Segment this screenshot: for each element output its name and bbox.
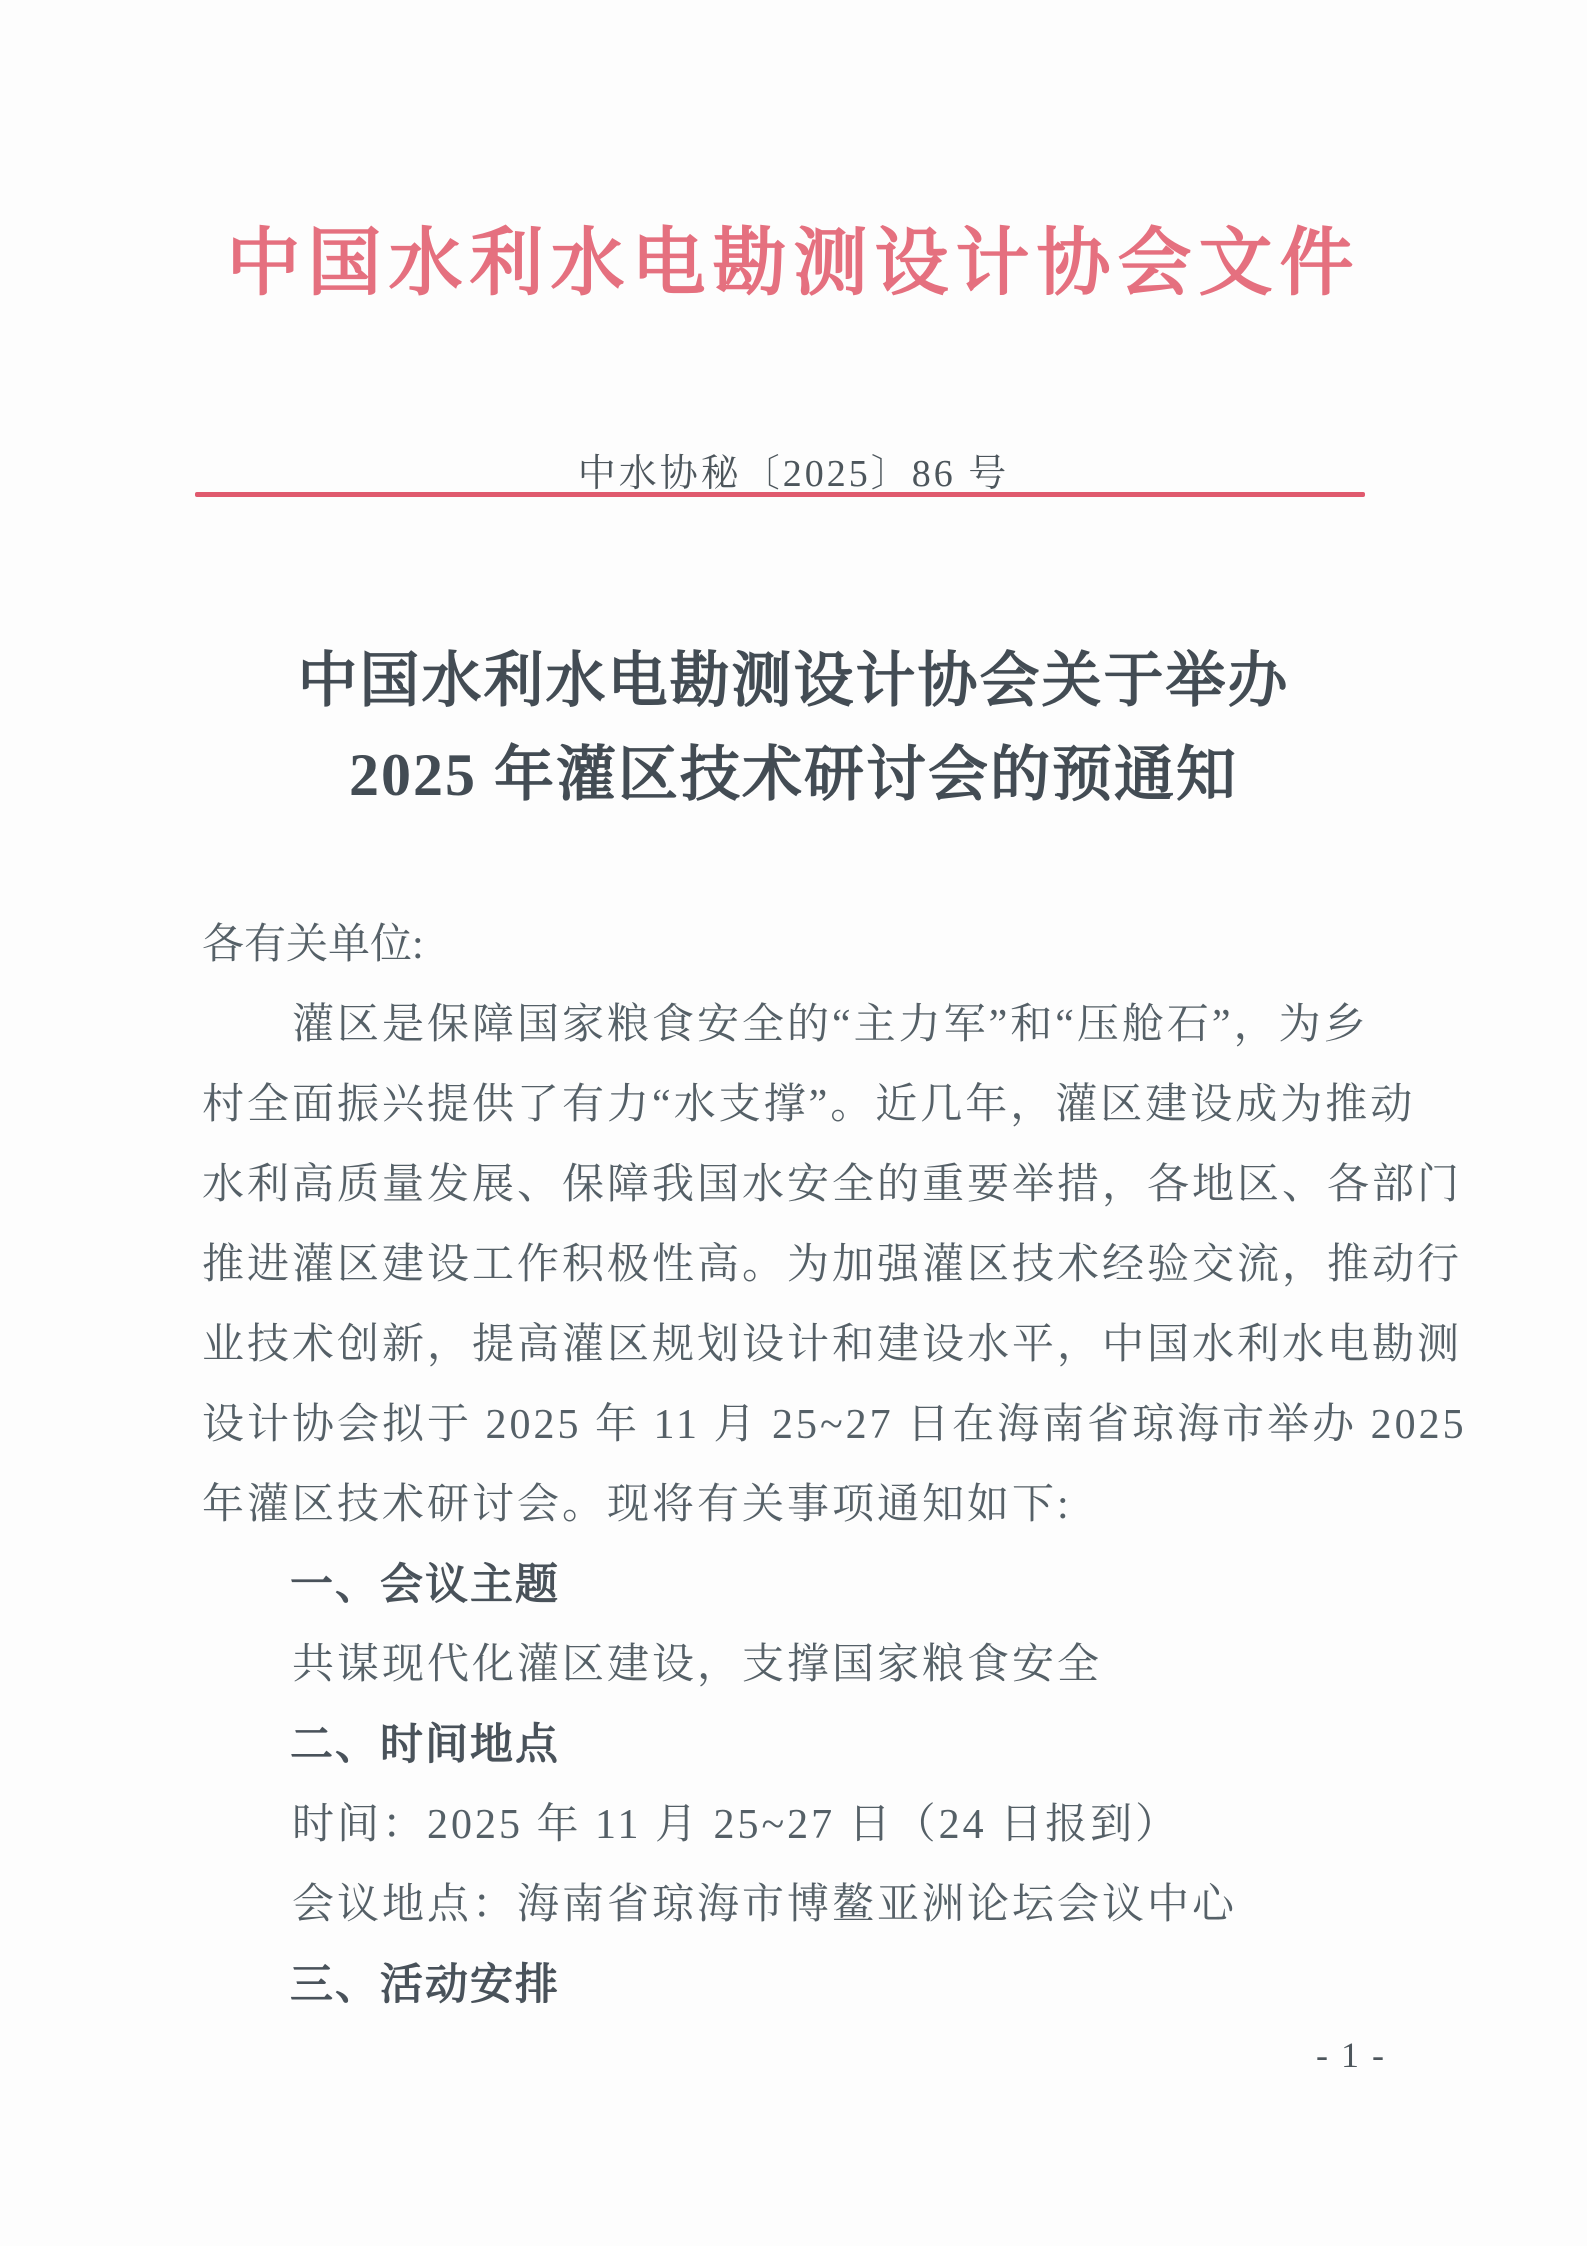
paragraph-line: 灌区是保障国家粮食安全的“主力军”和“压舱石”，为乡 xyxy=(202,985,1472,1065)
section-heading-activity-schedule: 三、活动安排 xyxy=(202,1945,1472,2025)
section-line: 时间：2025 年 11 月 25~27 日（24 日报到） xyxy=(202,1785,1472,1865)
document-title-line-2: 2025 年灌区技术研讨会的预通知 xyxy=(0,728,1587,822)
document-page: 中国水利水电勘测设计协会文件 中水协秘〔2025〕86 号 中国水利水电勘测设计… xyxy=(0,0,1587,2246)
section-line: 会议地点：海南省琼海市博鳌亚洲论坛会议中心 xyxy=(202,1865,1472,1945)
paragraph-line: 设计协会拟于 2025 年 11 月 25~27 日在海南省琼海市举办 2025 xyxy=(202,1385,1472,1465)
letterhead-title: 中国水利水电勘测设计协会文件 xyxy=(0,224,1587,305)
document-body: 各有关单位: 灌区是保障国家粮食安全的“主力军”和“压舱石”，为乡 村全面振兴提… xyxy=(202,905,1472,2025)
paragraph-line: 村全面振兴提供了有力“水支撑”。近几年，灌区建设成为推动 xyxy=(202,1065,1472,1145)
section-heading-time-place: 二、时间地点 xyxy=(202,1705,1472,1785)
document-title-line-1: 中国水利水电勘测设计协会关于举办 xyxy=(0,634,1587,728)
paragraph-line: 推进灌区建设工作积极性高。为加强灌区技术经验交流，推动行 xyxy=(202,1225,1472,1305)
section-heading-meeting-theme: 一、会议主题 xyxy=(202,1545,1472,1625)
salutation: 各有关单位: xyxy=(202,905,1472,985)
paragraph-line: 水利高质量发展、保障我国水安全的重要举措，各地区、各部门 xyxy=(202,1145,1472,1225)
paragraph-line: 年灌区技术研讨会。现将有关事项通知如下: xyxy=(202,1465,1472,1545)
page-number: - 1 - xyxy=(1316,2034,1386,2076)
section-line: 共谋现代化灌区建设，支撑国家粮食安全 xyxy=(202,1625,1472,1705)
document-number: 中水协秘〔2025〕86 号 xyxy=(0,442,1587,497)
paragraph-line: 业技术创新，提高灌区规划设计和建设水平，中国水利水电勘测 xyxy=(202,1305,1472,1385)
document-title: 中国水利水电勘测设计协会关于举办 2025 年灌区技术研讨会的预通知 xyxy=(0,634,1587,822)
red-divider-line xyxy=(195,492,1365,497)
